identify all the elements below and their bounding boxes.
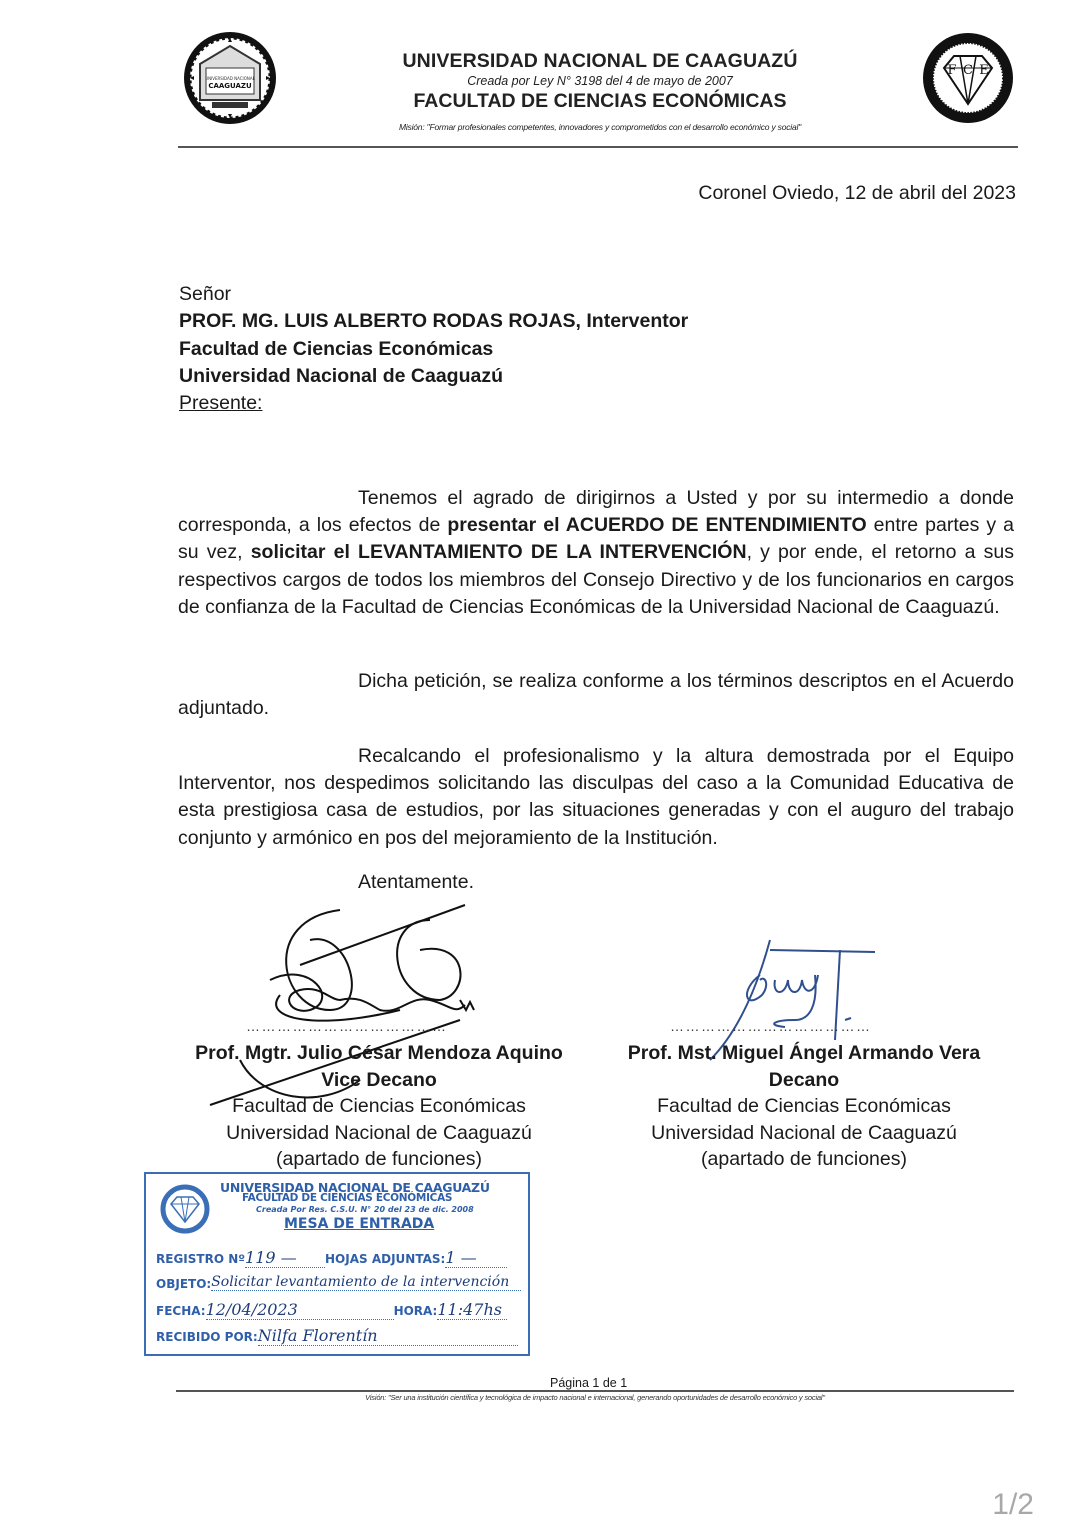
signer-note: (apartado de funciones) [590, 1146, 1018, 1173]
stamp-fecha-row: FECHA:12/04/2023HORA:11:47hs [156, 1300, 507, 1320]
svg-text:CAAGUAZU: CAAGUAZU [208, 82, 252, 90]
svg-text:C: C [963, 63, 973, 78]
viewer-page-counter: 1/2 [992, 1488, 1034, 1522]
footer-divider [176, 1390, 1014, 1392]
signature-block-decano: Prof. Mst. Miguel Ángel Armando Vera Dec… [590, 1040, 1018, 1173]
bold-lift-intervention: solicitar el LEVANTAMIENTO DE LA INTERVE… [251, 541, 747, 563]
objeto-value: Solicitar levantamiento de la intervenci… [211, 1274, 509, 1290]
recipient-block: Señor PROF. MG. LUIS ALBERTO RODAS ROJAS… [179, 281, 688, 417]
fecha-value: 12/04/2023 [206, 1300, 298, 1319]
bold-agreement: presentar el ACUERDO DE ENTENDIMIENTO [447, 514, 866, 536]
stamp-recibido-row: RECIBIDO POR:Nilfa Florentín [156, 1326, 518, 1346]
university-name: UNIVERSIDAD NACIONAL DE CAAGUAZÚ [380, 50, 820, 73]
fce-diamond-seal-icon: F C E [922, 32, 1014, 124]
recipient-faculty: Facultad de Ciencias Económicas [179, 336, 688, 363]
fecha-label: FECHA: [156, 1304, 206, 1318]
hora-label: HORA: [394, 1304, 438, 1318]
paragraph-petition: Dicha petición, se realiza conforme a lo… [178, 668, 1014, 722]
reception-stamp: UNIVERSIDAD NACIONAL DE CAAGUAZÚ FACULTA… [144, 1172, 530, 1356]
svg-text:F: F [947, 63, 956, 78]
signature-line-right: ………………………………… [670, 1018, 872, 1034]
recipient-university: Universidad Nacional de Caaguazú [179, 363, 688, 390]
vision-statement: Visión: "Ser una institución científica … [176, 1393, 1014, 1402]
signer-university: Universidad Nacional de Caaguazú [150, 1120, 608, 1147]
university-seal-icon: UNIVERSIDAD NACIONAL CAAGUAZU [182, 30, 278, 126]
mission-statement: Misión: "Formar profesionales competente… [380, 122, 820, 132]
stamp-diamond-icon [156, 1184, 214, 1234]
recipient-title: Interventor [581, 310, 688, 332]
signer-name: Prof. Mgtr. Julio César Mendoza Aquino [150, 1040, 608, 1067]
recipient-name: PROF. MG. LUIS ALBERTO RODAS ROJAS, [179, 310, 581, 332]
page-number: Página 1 de 1 [550, 1376, 627, 1390]
signature-line-left: ………………………………… [246, 1018, 448, 1034]
closing: Atentamente. [358, 871, 474, 894]
stamp-registro-row: REGISTRO Nº119 —HOJAS ADJUNTAS:1 — [156, 1248, 507, 1268]
stamp-objeto-row: OBJETO:Solicitar levantamiento de la int… [156, 1274, 521, 1291]
faculty-name: FACULTAD DE CIENCIAS ECONÓMICAS [380, 90, 820, 113]
signer-university: Universidad Nacional de Caaguazú [590, 1120, 1018, 1147]
header-divider [178, 146, 1018, 148]
hojas-value: 1 — [445, 1248, 476, 1267]
signer-role: Vice Decano [150, 1067, 608, 1094]
presente: Presente: [179, 390, 688, 417]
recibido-value: Nilfa Florentín [258, 1326, 378, 1345]
signer-faculty: Facultad de Ciencias Económicas [590, 1093, 1018, 1120]
fce-seal-logo: F C E [922, 32, 1014, 129]
stamp-title: MESA DE ENTRADA [284, 1216, 434, 1232]
signer-faculty: Facultad de Ciencias Económicas [150, 1093, 608, 1120]
paragraph-text: Dicha petición, se realiza conforme a lo… [178, 670, 1014, 719]
salutation: Señor [179, 281, 688, 308]
registro-label: REGISTRO Nº [156, 1252, 245, 1266]
signer-note: (apartado de funciones) [150, 1146, 608, 1173]
hojas-label: HOJAS ADJUNTAS: [325, 1252, 445, 1266]
paragraph-text: Recalcando el profesionalismo y la altur… [178, 745, 1014, 849]
recipient-name-line: PROF. MG. LUIS ALBERTO RODAS ROJAS, Inte… [179, 308, 688, 335]
paragraph-request: Tenemos el agrado de dirigirnos a Usted … [178, 485, 1014, 621]
university-seal-logo: UNIVERSIDAD NACIONAL CAAGUAZU [182, 30, 278, 131]
place-date: Coronel Oviedo, 12 de abril del 2023 [698, 182, 1016, 205]
stamp-faculty: FACULTAD DE CIENCIAS ECONÓMICAS [242, 1192, 452, 1204]
svg-text:UNIVERSIDAD NACIONAL: UNIVERSIDAD NACIONAL [205, 76, 255, 81]
creation-law: Creada por Ley N° 3198 del 4 de mayo de … [380, 74, 820, 88]
signature-block-vice-decano: Prof. Mgtr. Julio César Mendoza Aquino V… [150, 1040, 608, 1173]
signer-role: Decano [590, 1067, 1018, 1094]
hora-value: 11:47hs [437, 1300, 502, 1319]
objeto-label: OBJETO: [156, 1277, 211, 1291]
paragraph-farewell: Recalcando el profesionalismo y la altur… [178, 743, 1014, 852]
stamp-creation: Creada Por Res. C.S.U. N° 20 del 23 de d… [256, 1205, 474, 1214]
recibido-label: RECIBIDO POR: [156, 1330, 258, 1344]
svg-text:E: E [979, 63, 989, 78]
signer-name: Prof. Mst. Miguel Ángel Armando Vera [590, 1040, 1018, 1067]
registro-value: 119 — [245, 1248, 297, 1267]
